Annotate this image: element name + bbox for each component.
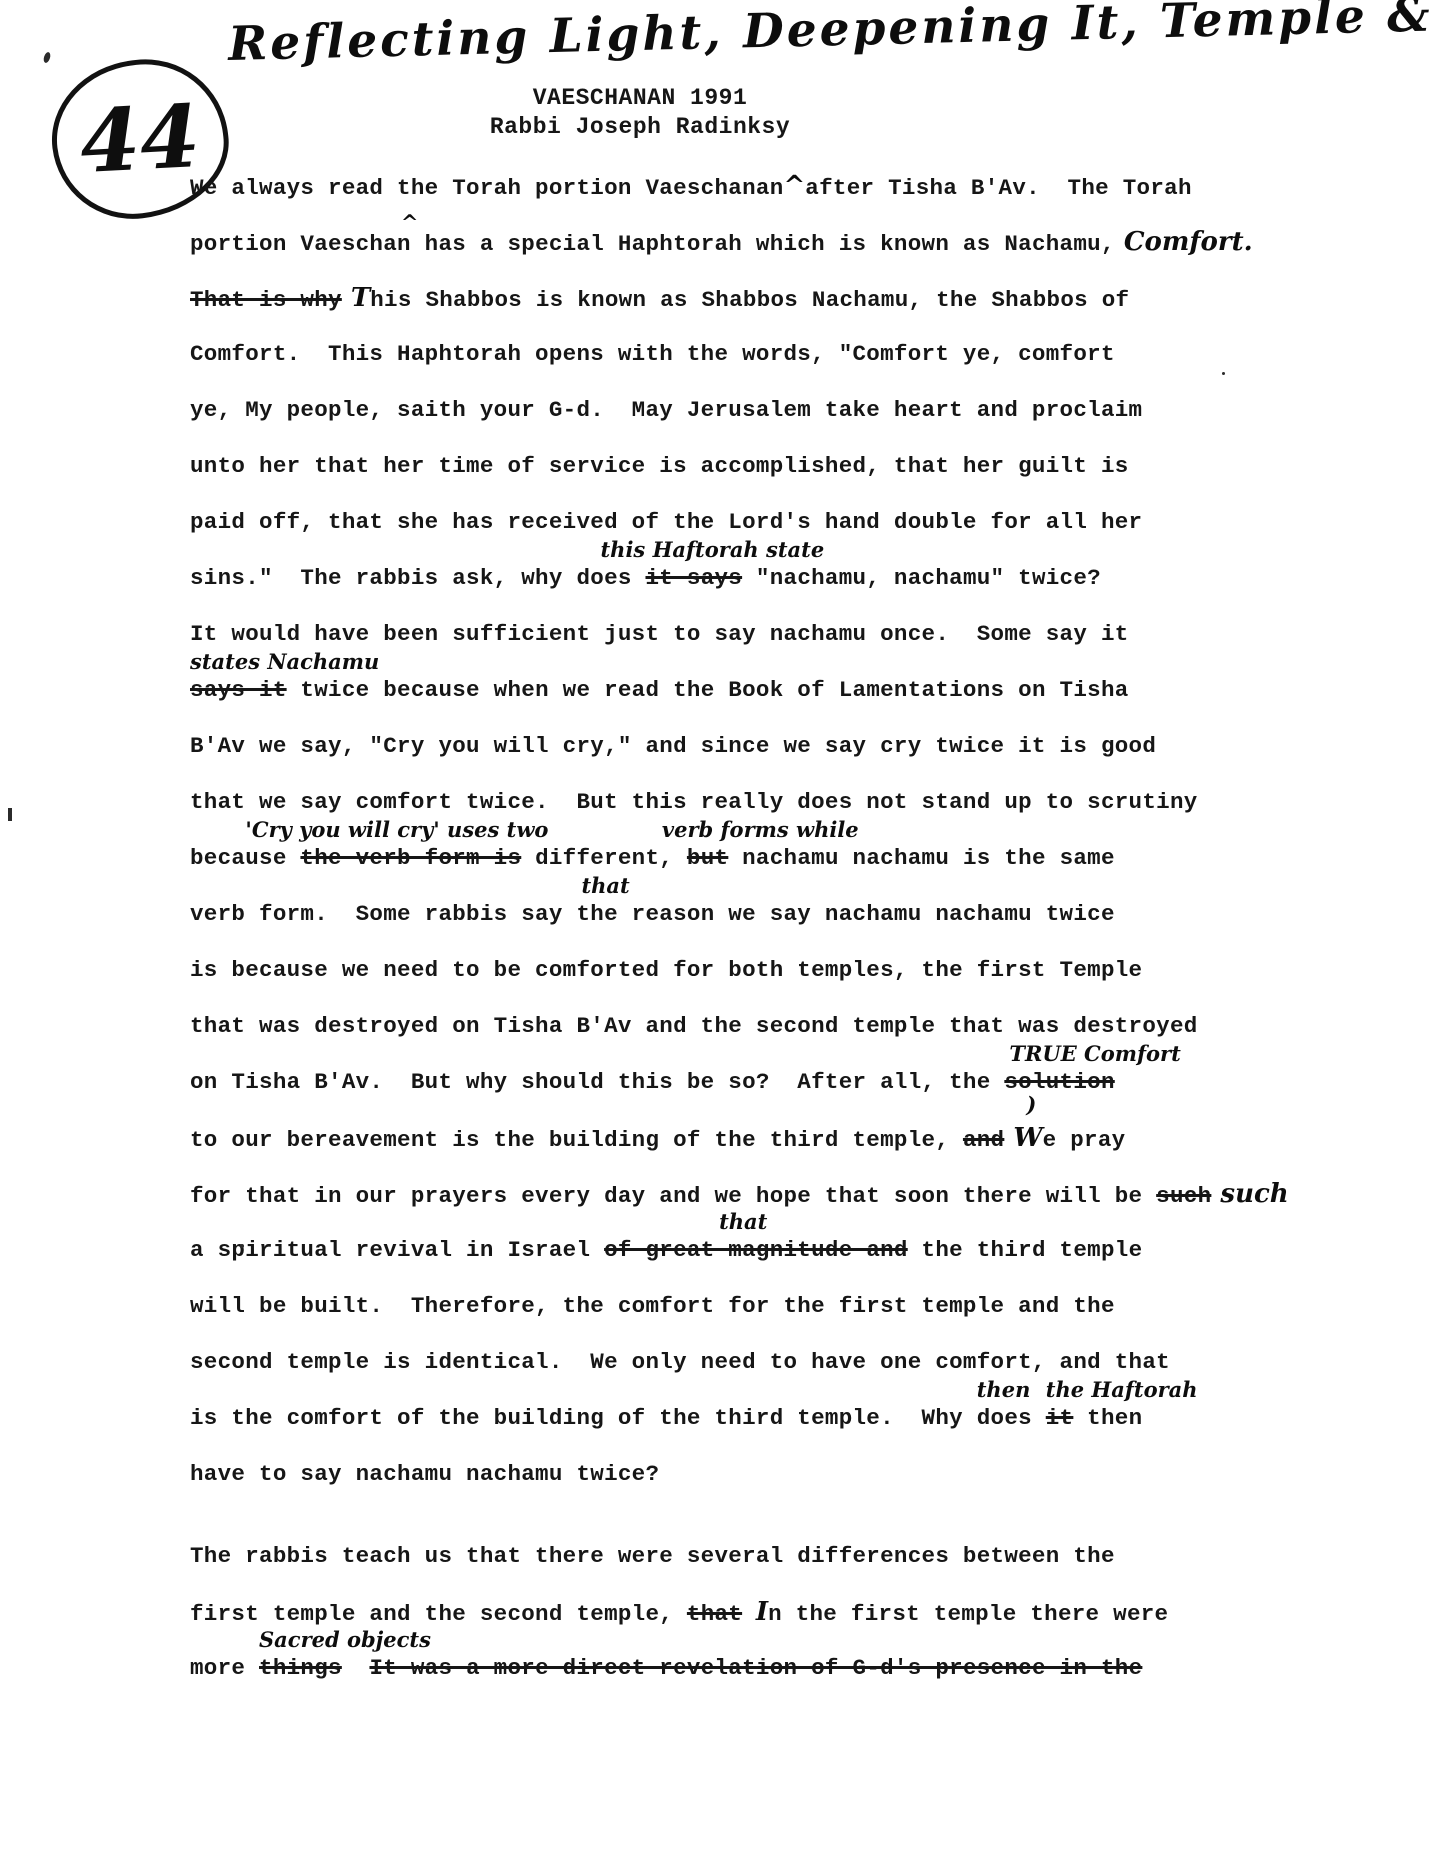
typed-text: We always read the Torah portion Vaescha… <box>190 175 784 201</box>
typescript-line: sins." The rabbis ask, why does this Haf… <box>190 550 1350 606</box>
typed-text: The rabbis teach us that there were seve… <box>190 1543 1115 1569</box>
handwritten-title: Reflecting Light, Deepening It, Temple &… <box>228 0 1430 72</box>
typed-text: first temple and the second temple, <box>190 1601 687 1627</box>
typed-text: on Tisha B'Av. But why should this be so… <box>190 1069 1004 1095</box>
typed-text: It would have been sufficient just to sa… <box>190 621 1129 647</box>
strikethrough-text: but <box>687 845 728 871</box>
strikethrough-text: of great magnitude and <box>604 1237 908 1263</box>
typed-text: then <box>1073 1405 1142 1431</box>
typed-text: twice because when we read the Book of L… <box>287 677 1129 703</box>
typed-text <box>742 1601 756 1627</box>
scan-speck <box>240 1244 244 1248</box>
typed-text: different, <box>521 845 687 871</box>
typed-text: the third temple <box>908 1237 1143 1263</box>
typed-text: paid off, that she has received of the L… <box>190 509 1142 535</box>
typed-text: Comfort. This Haphtorah opens with the w… <box>190 341 1115 367</box>
typescript-line: We always read the Torah portion Vaescha… <box>190 158 1350 214</box>
typescript-line: to our bereavement is the building of th… <box>190 1110 1350 1166</box>
typed-text: that was destroyed on Tisha B'Av and the… <box>190 1013 1198 1039</box>
handwritten-inline: W <box>1004 1123 1042 1153</box>
typed-text: will be built. Therefore, the comfort fo… <box>190 1293 1115 1319</box>
strikethrough-text: it <box>1046 1405 1074 1431</box>
typescript-line: a spiritual revival in Israel thatof gre… <box>190 1222 1350 1278</box>
handwritten-inline: such <box>1211 1179 1288 1209</box>
strikethrough-text: says it <box>190 677 287 703</box>
typescript-line: is because we need to be comforted for b… <box>190 942 1350 998</box>
strikethrough-text: that <box>687 1601 742 1627</box>
typed-text: more <box>190 1655 259 1681</box>
typed-text: unto her that her time of service is acc… <box>190 453 1129 479</box>
typed-text: for that in our prayers every day and we… <box>190 1183 1156 1209</box>
typed-text: is because we need to be comforted for b… <box>190 957 1142 983</box>
typed-text: second temple is identical. We only need… <box>190 1349 1170 1375</box>
handwritten-inline: Comfort. <box>1115 227 1253 257</box>
scan-speck <box>8 808 12 821</box>
typescript-line: The rabbis teach us that there were seve… <box>190 1528 1350 1584</box>
typescript-line: verb form. Some rabbis say thatthe reaso… <box>190 886 1350 942</box>
typescript-line: unto her that her time of service is acc… <box>190 438 1350 494</box>
typed-header: VAESCHANAN 1991 Rabbi Joseph Radinksy <box>0 84 1280 142</box>
scan-speck <box>42 51 51 63</box>
strikethrough-text: things <box>259 1655 342 1681</box>
typed-text: portion Vaeschan <box>190 231 411 257</box>
typed-text: e pray <box>1043 1127 1126 1153</box>
typed-text: "nachamu, nachamu" twice? <box>742 565 1101 591</box>
strikethrough-text: such <box>1156 1183 1211 1209</box>
typed-text: to our bereavement is the building of th… <box>190 1127 963 1153</box>
typed-text: his Shabbos is known as Shabbos Nachamu,… <box>370 287 1129 313</box>
document-byline: Rabbi Joseph Radinksy <box>0 113 1280 142</box>
typescript-line: is the comfort of the building of the th… <box>190 1390 1350 1446</box>
typed-text: does <box>977 1405 1046 1431</box>
typescript-line: more Sacred objectsthings It was a more … <box>190 1640 1350 1696</box>
typescript-line: have to say nachamu nachamu twice? <box>190 1446 1350 1502</box>
typescript-line: states Nachamusays it twice because when… <box>190 662 1350 718</box>
scanned-page: Reflecting Light, Deepening It, Temple &… <box>0 0 1430 1851</box>
typescript-line: ye, My people, saith your G-d. May Jerus… <box>190 382 1350 438</box>
typescript-line: will be built. Therefore, the comfort fo… <box>190 1278 1350 1334</box>
typed-text <box>342 1655 370 1681</box>
typescript-line: Comfort. This Haphtorah opens with the w… <box>190 326 1350 382</box>
typed-text: after Tisha B'Av. The Torah <box>805 175 1191 201</box>
typed-text: a spiritual revival in Israel <box>190 1237 604 1263</box>
typescript-line: portion Vaeschan^ has a special Haphtora… <box>190 214 1350 270</box>
typescript-line: because 'Cry you will cry' uses twothe v… <box>190 830 1350 886</box>
typescript-line: B'Av we say, "Cry you will cry," and sin… <box>190 718 1350 774</box>
typescript-line: on Tisha B'Av. But why should this be so… <box>190 1054 1350 1110</box>
strikethrough-text: It was a more direct revelation of G-d's… <box>369 1655 1142 1681</box>
typed-text: is the comfort of the building of the th… <box>190 1405 977 1431</box>
typed-text: nachamu nachamu is the same <box>728 845 1114 871</box>
strikethrough-text: That is why <box>190 287 342 313</box>
handwritten-inline: I <box>756 1597 768 1627</box>
typed-text: ye, My people, saith your G-d. May Jerus… <box>190 397 1142 423</box>
typed-text: because <box>190 845 300 871</box>
strikethrough-text: and <box>963 1127 1004 1153</box>
document-title: VAESCHANAN 1991 <box>0 84 1280 113</box>
typed-text: the reason we say nachamu nachamu twice <box>576 901 1114 927</box>
scan-speck <box>1222 372 1225 375</box>
typescript-line: That is why This Shabbos is known as Sha… <box>190 270 1350 326</box>
typed-text: sins." The rabbis ask, why does <box>190 565 645 591</box>
handwritten-inline: T <box>342 283 370 313</box>
strikethrough-text: the verb form is <box>300 845 521 871</box>
handwritten-inline: ^ <box>784 171 806 201</box>
typescript-line: for that in our prayers every day and we… <box>190 1166 1350 1222</box>
typed-text: that we say comfort twice. But this real… <box>190 789 1198 815</box>
strikethrough-text: it says <box>645 565 742 591</box>
strikethrough-text: solution <box>1004 1069 1114 1095</box>
typed-text: B'Av we say, "Cry you will cry," and sin… <box>190 733 1156 759</box>
typed-text: has a special Haphtorah which is known a… <box>411 231 1115 257</box>
document-body: We always read the Torah portion Vaescha… <box>190 158 1350 1696</box>
typed-text: n the first temple there were <box>768 1601 1168 1627</box>
typed-text: verb form. Some rabbis say <box>190 901 576 927</box>
typed-text: have to say nachamu nachamu twice? <box>190 1461 659 1487</box>
